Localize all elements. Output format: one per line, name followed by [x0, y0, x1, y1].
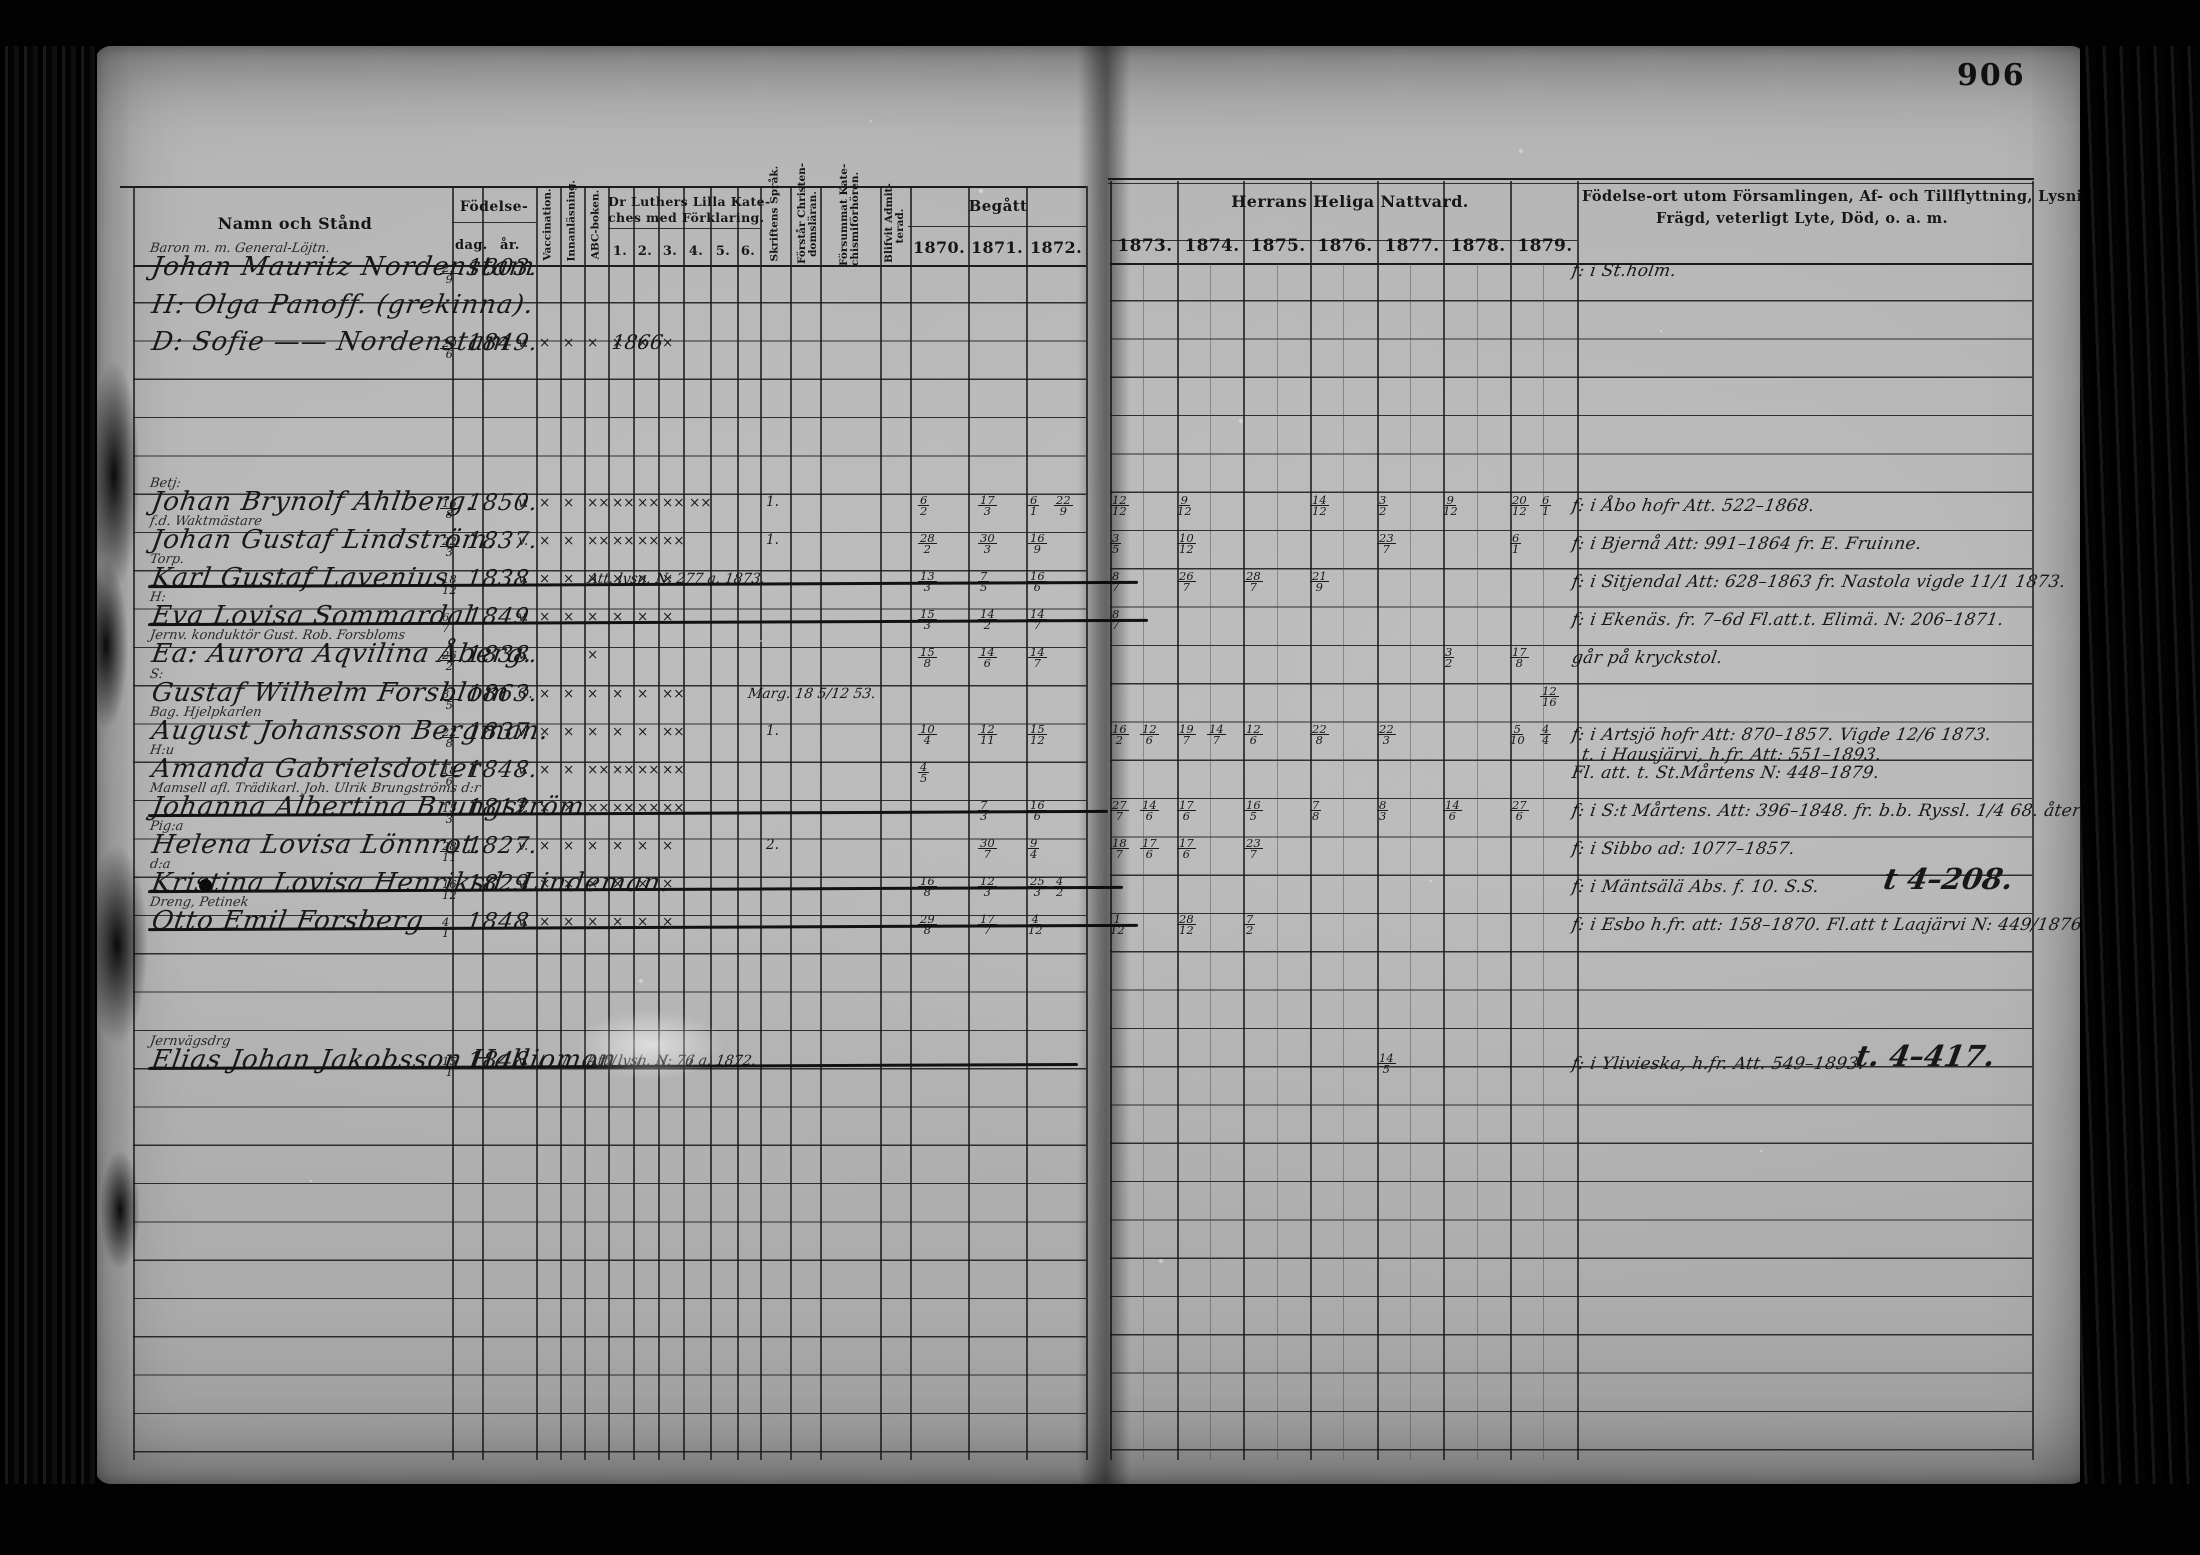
- reference-mark: t. 4–417.: [1853, 1039, 1998, 1073]
- column-line: [880, 186, 882, 1460]
- vaccination-mark: v.: [518, 838, 528, 854]
- entry-birth-year: 1837.: [465, 719, 540, 745]
- rule-top-right: [1108, 178, 2034, 180]
- communion-mark: 123: [978, 873, 997, 897]
- reading-mark: ×: [539, 686, 550, 702]
- reading-mark: ××: [612, 762, 635, 778]
- reading-mark: ×: [587, 647, 598, 663]
- margin-note: f: i Bjernå Att: 991–1864 fr. E. Fruinne…: [1570, 534, 1923, 554]
- reading-mark: ××: [662, 495, 685, 511]
- communion-mark: 32: [1377, 492, 1388, 516]
- margin-note: Fl. att. t. St.Mårtens N: 448–1879.: [1570, 763, 1880, 783]
- birth-header: Födelse-: [452, 199, 536, 215]
- entry-name: Elias Johan Jakobsson Halliomon: [150, 1045, 619, 1075]
- entry-birth-day: 153: [440, 797, 459, 824]
- abc-boken-header: ABC-boken.: [591, 188, 602, 262]
- communion-mark: 276: [1510, 797, 1529, 821]
- entry-birth-day: 1612: [440, 873, 459, 900]
- entry-name: Johan Brynolf Ahlberg.: [150, 487, 478, 517]
- entry-birth-day: 41: [440, 911, 451, 938]
- nattvard-year-header: 1879.: [1513, 236, 1577, 256]
- communion-mark: 178: [1510, 644, 1529, 668]
- reading-mark: ××: [587, 533, 610, 549]
- communion-mark: 253: [1028, 873, 1047, 897]
- entry-birth-year: 1827.: [465, 833, 540, 859]
- communion-mark: 147: [1028, 644, 1047, 668]
- entry-birth-year: 1849.: [465, 604, 540, 630]
- entry-birth-year: 1848.: [465, 1048, 540, 1074]
- subcolumn-line: [1477, 263, 1478, 1460]
- entry-birth-year: 1848.: [465, 757, 540, 783]
- entry-birth-day: 67: [440, 606, 451, 633]
- forstar-header: Förstår Christen- domsläran.: [797, 184, 819, 264]
- begatt-header: Begått: [910, 197, 1086, 215]
- reading-mark: ×: [539, 724, 550, 740]
- margin-note: t. i Hausjärvi, h.fr. Att: 551–1893.: [1580, 745, 1883, 765]
- vaccination-mark: v.: [518, 335, 528, 351]
- admitterad-line2: terad.: [894, 209, 906, 244]
- admitterad-header: Blifvit Admit- terad.: [884, 189, 906, 263]
- entry-birth-year: 1838.: [465, 642, 540, 668]
- communion-mark: 237: [1377, 530, 1396, 554]
- year-1872-header: 1872.: [1028, 238, 1084, 257]
- communion-mark: 133: [918, 568, 937, 592]
- communion-mark: 307: [978, 835, 997, 859]
- communion-mark: 147: [1207, 721, 1226, 745]
- communion-mark: 228: [1310, 721, 1329, 745]
- vaccination-mark: v.: [518, 495, 528, 511]
- communion-mark: 166: [1028, 568, 1047, 592]
- kateches-number: 4.: [686, 244, 706, 259]
- entry-birth-year: 1837.: [465, 528, 540, 554]
- communion-mark: 197: [1177, 721, 1196, 745]
- margin-note: f: i St.holm.: [1570, 261, 1677, 281]
- communion-mark: 145: [1377, 1050, 1396, 1074]
- communion-mark: 169: [1028, 530, 1047, 554]
- kateches-header-line2: ches med Förklaring.: [608, 210, 760, 225]
- column-line: [737, 186, 739, 1460]
- nattvard-year-header: 1876.: [1313, 236, 1377, 256]
- kateches-number: 1.: [610, 244, 630, 259]
- reading-mark: ×: [587, 724, 598, 740]
- communion-mark: 104: [918, 721, 937, 745]
- entry-birth-day: 219: [440, 257, 459, 284]
- reading-mark: ×: [539, 838, 550, 854]
- nattvard-header: Herrans Heliga Nattvard.: [1140, 192, 1560, 211]
- binding-gutter-shadow: [1078, 46, 1130, 1484]
- column-line: [608, 186, 610, 1460]
- entry-name: Otto Emil Forsberg: [150, 906, 427, 936]
- reading-mark: ×: [563, 724, 574, 740]
- column-line: [633, 186, 635, 1460]
- kateches-header-line1: Dr Luthers Lilla Kate-: [608, 194, 760, 209]
- column-line: [683, 186, 685, 1460]
- subcolumn-line: [1410, 263, 1411, 1460]
- subcolumn-line: [1210, 263, 1211, 1460]
- communion-mark: 44: [1540, 721, 1551, 745]
- entry-name: Karl Gustaf Lavenius: [150, 563, 451, 593]
- entry-birth-year: 1829.: [465, 871, 540, 897]
- communion-mark: 146: [1443, 797, 1462, 821]
- reading-mark: ×: [539, 335, 550, 351]
- entry-name: Eva Lovisa Sommardal: [150, 601, 476, 631]
- nattvard-year-header: 1878.: [1446, 236, 1510, 256]
- script-language-mark: 2.: [766, 837, 779, 853]
- rule-birth: [452, 222, 536, 223]
- communion-mark: 510: [1510, 721, 1525, 745]
- communion-mark: 412: [1028, 911, 1043, 935]
- birth-year-header: år.: [500, 238, 520, 253]
- microfilm-scan: 1.2.3.4.5.6.1873.1874.1875.1876.1877.187…: [0, 0, 2200, 1555]
- reading-mark: ×: [587, 335, 598, 351]
- birth-day-header: dag.: [455, 238, 488, 253]
- column-line: [560, 186, 562, 1460]
- reading-mark: ×: [612, 686, 623, 702]
- communion-mark: 176: [1177, 835, 1196, 859]
- column-line: [710, 186, 712, 1460]
- entry-birth-day: 223: [440, 530, 459, 557]
- notes-header-line1: Födelse-ort utom Församlingen, Af- och T…: [1582, 188, 2022, 205]
- column-line: [910, 186, 912, 1460]
- vaccination-header: Vaccination.: [543, 188, 554, 262]
- communion-mark: 223: [1377, 721, 1396, 745]
- column-line: [584, 186, 586, 1460]
- column-line: [790, 186, 792, 1460]
- communion-mark: 912: [1177, 492, 1192, 516]
- communion-mark: 126: [1140, 721, 1159, 745]
- film-edge-top: [0, 0, 2200, 46]
- script-language-mark: 1.: [766, 723, 779, 739]
- communion-mark: 32: [1443, 644, 1454, 668]
- reading-mark: ××: [662, 724, 685, 740]
- communion-mark: 158: [918, 644, 937, 668]
- reading-mark: ××: [637, 762, 660, 778]
- admitted-year: 1866: [610, 330, 664, 354]
- communion-mark: 62: [918, 492, 929, 516]
- reading-mark: ××: [637, 533, 660, 549]
- communion-mark: 237: [1244, 835, 1263, 859]
- reading-mark: ×: [637, 724, 648, 740]
- communion-mark: 1211: [978, 721, 997, 745]
- reading-mark: ××: [662, 686, 685, 702]
- communion-mark: 165: [1244, 797, 1263, 821]
- communion-mark: 1412: [1310, 492, 1329, 516]
- vaccination-mark: v.: [518, 647, 528, 663]
- script-language-mark: 1.: [766, 532, 779, 548]
- margin-note: f: i Åbo hofr Att. 522–1868.: [1570, 496, 1816, 516]
- communion-mark: 177: [978, 911, 997, 935]
- communion-mark: 146: [1140, 797, 1159, 821]
- entry-birth-day: 151: [440, 1050, 459, 1077]
- ink-dot: [199, 879, 212, 892]
- reading-mark: ×: [662, 335, 673, 351]
- communion-mark: 73: [978, 797, 989, 821]
- entry-birth-year: 1850.: [465, 490, 540, 516]
- reading-mark: ×: [637, 686, 648, 702]
- reading-mark: ××: [612, 533, 635, 549]
- nattvard-year-header: 1875.: [1246, 236, 1310, 256]
- reference-mark: t 4–208.: [1881, 862, 2016, 896]
- entry-birth-year: 1848.: [465, 909, 540, 935]
- column-line: [968, 186, 970, 1460]
- reading-mark: ×: [563, 533, 574, 549]
- communion-mark: 229: [1054, 492, 1073, 516]
- entry-birth-day: 168: [440, 492, 459, 519]
- entry-name: H: Olga Panoff. (grekinna).: [150, 290, 537, 320]
- entry-birth-day: 315: [440, 683, 459, 710]
- communion-mark: 147: [1028, 606, 1047, 630]
- film-edge-left: [0, 0, 97, 1555]
- reading-mark: ×: [563, 762, 574, 778]
- forstar-line2: domsläran.: [807, 191, 819, 257]
- reading-mark: ×: [563, 838, 574, 854]
- communion-mark: 1512: [1028, 721, 1047, 745]
- reading-mark: ×: [637, 838, 648, 854]
- margin-note: f: i Ylivieska, h.fr. Att. 549–1893.: [1570, 1054, 1865, 1074]
- year-1871-header: 1871.: [970, 238, 1024, 257]
- communion-mark: 146: [978, 644, 997, 668]
- communion-mark: 166: [1028, 797, 1047, 821]
- entry-birth-year: 1803.: [465, 255, 540, 281]
- column-line: [658, 186, 660, 1460]
- communion-mark: 267: [1177, 568, 1196, 592]
- reading-mark: ×: [612, 724, 623, 740]
- forsummat-header: Försummat Kate- chismiförhören.: [839, 182, 861, 266]
- reading-mark: ×: [612, 838, 623, 854]
- communion-mark: 61: [1540, 492, 1551, 516]
- rule-begatt: [908, 226, 1086, 227]
- communion-mark: 282: [918, 530, 937, 554]
- communion-mark: 1216: [1540, 683, 1559, 707]
- subcolumn-line: [1277, 263, 1278, 1460]
- column-line: [760, 186, 762, 1460]
- entry-birth-day: 228: [440, 721, 459, 748]
- margin-note: går på kryckstol.: [1570, 648, 1724, 668]
- communion-mark: 2812: [1177, 911, 1196, 935]
- film-edge-bottom: [0, 1484, 2200, 1555]
- reading-mark: ××: [662, 762, 685, 778]
- column-line: [820, 186, 822, 1460]
- page-number: 906: [1957, 58, 2026, 93]
- reading-mark: ×: [563, 495, 574, 511]
- communion-mark: 912: [1443, 492, 1458, 516]
- reading-mark: ××: [689, 495, 712, 511]
- reading-mark: ××: [637, 495, 660, 511]
- entry-birth-day: 206: [440, 332, 459, 359]
- communion-mark: 219: [1310, 568, 1329, 592]
- communion-mark: 78: [1310, 797, 1321, 821]
- kateches-number: 3.: [660, 244, 680, 259]
- reading-mark: ×: [587, 838, 598, 854]
- subcolumn-line: [1543, 263, 1544, 1460]
- entry-name: Helena Lovisa Lönnrot.: [150, 830, 485, 860]
- column-line: [536, 186, 538, 1460]
- year-1870-header: 1870.: [912, 238, 966, 257]
- communion-mark: 173: [978, 492, 997, 516]
- reading-mark: ××: [587, 495, 610, 511]
- reading-mark: ×: [539, 533, 550, 549]
- communion-mark: 176: [1177, 797, 1196, 821]
- communion-mark: 42: [1054, 873, 1065, 897]
- script-language-mark: 1.: [766, 494, 779, 510]
- margin-note: f: i Esbo h.fr. att: 158–1870. Fl.att t …: [1570, 915, 2089, 935]
- reading-mark: ×: [587, 686, 598, 702]
- reading-mark: ××: [612, 495, 635, 511]
- entry-birth-day: 262: [440, 644, 459, 671]
- kateches-number: 2.: [635, 244, 655, 259]
- communion-mark: 72: [1244, 911, 1255, 935]
- notes-header-line2: Frägd, veterligt Lyte, Död, o. a. m.: [1582, 210, 2022, 227]
- name-column-header: Namn och Stånd: [150, 214, 440, 233]
- reading-mark: ××: [662, 533, 685, 549]
- margin-note: f: i Mäntsälä Abs. f. 10. S.S.: [1570, 877, 1820, 897]
- communion-mark: 61: [1510, 530, 1521, 554]
- reading-mark: ×: [563, 686, 574, 702]
- vaccination-mark: O.: [518, 686, 533, 702]
- communion-mark: 303: [978, 530, 997, 554]
- communion-mark: 83: [1377, 797, 1388, 821]
- entry-birth-day: 1812: [440, 568, 459, 595]
- margin-note: f: i Sibbo ad: 1077–1857.: [1570, 839, 1796, 859]
- innanlasning-header: Innanläsning.: [567, 188, 578, 262]
- communion-mark: 126: [1244, 721, 1263, 745]
- communion-mark: 153: [918, 606, 937, 630]
- communion-mark: 61: [1028, 492, 1039, 516]
- communion-mark: 142: [978, 606, 997, 630]
- entry-birth-year: 1838.: [465, 566, 540, 592]
- kateches-number: 6.: [738, 244, 758, 259]
- reading-mark: ×: [539, 762, 550, 778]
- vaccination-mark: v.: [518, 724, 528, 740]
- margin-note: f: i Sitjendal Att: 628–1863 fr. Nastola…: [1570, 572, 2067, 592]
- entry-name: Amanda Gabrielsdotter: [150, 754, 484, 784]
- reading-mark: ×: [662, 838, 673, 854]
- entry-birth-day: 2811: [440, 835, 459, 862]
- entry-birth-year: 1812.: [465, 795, 540, 821]
- communion-mark: 287: [1244, 568, 1263, 592]
- skriftens-sprak-header: Skriftens Språk.: [770, 188, 781, 262]
- forsummat-line2: chismiförhören.: [849, 172, 861, 266]
- communion-mark: 75: [978, 568, 989, 592]
- communion-mark: 2012: [1510, 492, 1529, 516]
- film-edge-right: [2080, 0, 2200, 1555]
- ink-blot: [100, 1150, 140, 1270]
- nattvard-year-header: 1874.: [1180, 236, 1244, 256]
- column-line: [482, 186, 484, 1460]
- entry-birth-year: 1849.: [465, 330, 540, 356]
- rule-top-left: [120, 186, 1086, 188]
- communion-mark: 1012: [1177, 530, 1196, 554]
- inline-note: Marg. 18 5/12 53.: [747, 686, 877, 702]
- communion-mark: 298: [918, 911, 937, 935]
- vaccination-mark: v.: [518, 762, 528, 778]
- communion-mark: 176: [1140, 835, 1159, 859]
- column-line: [1026, 186, 1028, 1460]
- rule-top-right2: [1108, 183, 2034, 184]
- vaccination-mark: v.: [518, 533, 528, 549]
- margin-note: f: i Ekenäs. fr. 7–6d Fl.att.t. Elimä. N…: [1570, 610, 2005, 630]
- paper-wear-spot: [575, 1010, 725, 1080]
- margin-note: f: i S:t Mårtens. Att: 396–1848. fr. b.b…: [1570, 801, 2098, 821]
- reading-mark: ×: [539, 495, 550, 511]
- reading-mark: ××: [587, 762, 610, 778]
- communion-mark: 94: [1028, 835, 1039, 859]
- reading-mark: ×: [563, 335, 574, 351]
- margin-note: f: i Artsjö hofr Att: 870–1857. Vigde 12…: [1570, 725, 1992, 745]
- communion-mark: 168: [918, 873, 937, 897]
- kateches-number: 5.: [713, 244, 733, 259]
- subcolumn-line: [1143, 263, 1144, 1460]
- nattvard-year-header: 1877.: [1380, 236, 1444, 256]
- subcolumn-line: [1343, 263, 1344, 1460]
- communion-mark: 45: [918, 759, 929, 783]
